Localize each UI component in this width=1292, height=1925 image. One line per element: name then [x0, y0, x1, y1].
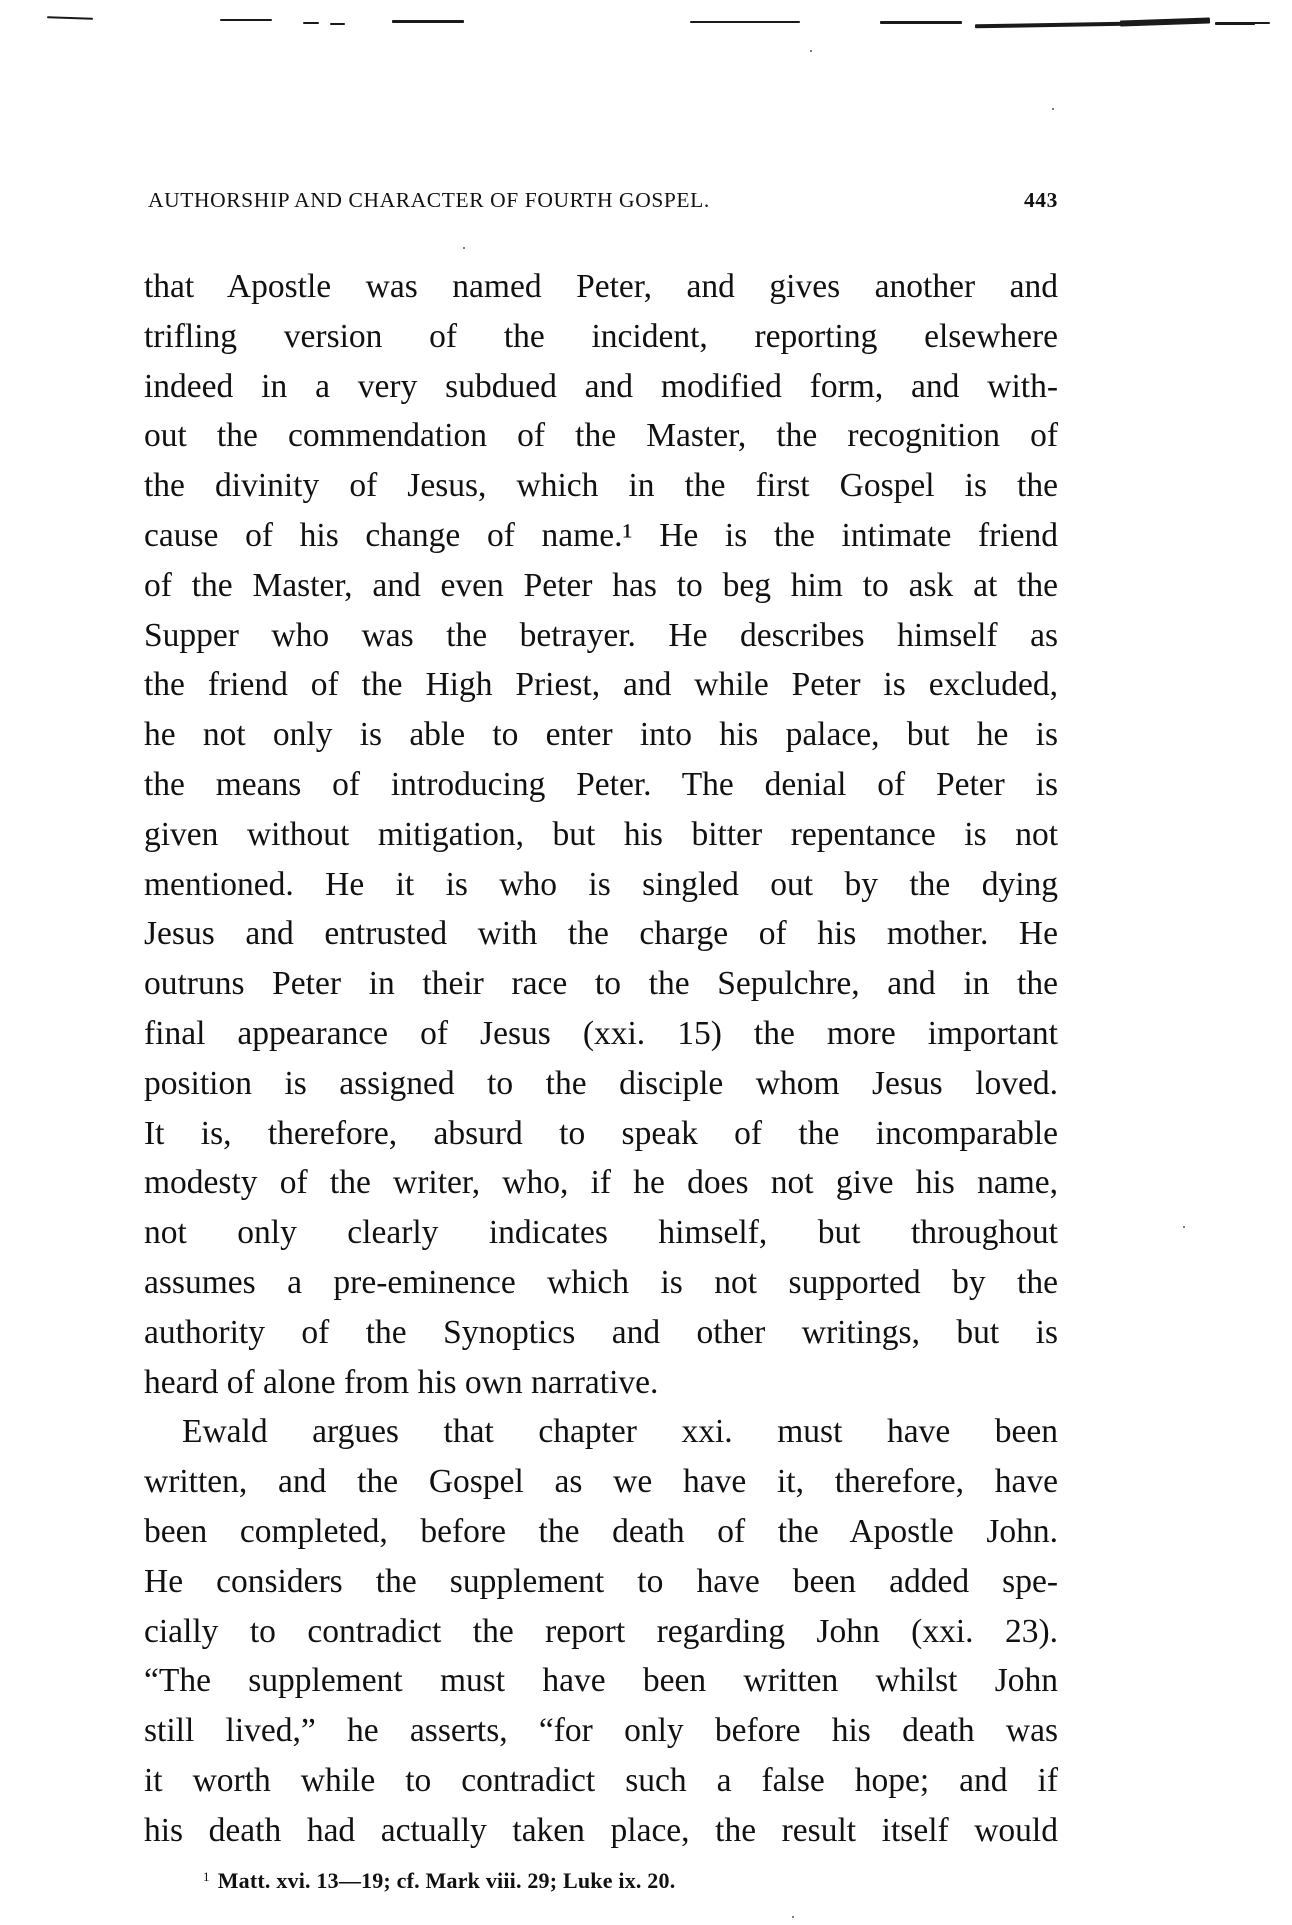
- text-line: indeed in a very subdued and modified fo…: [144, 362, 1058, 412]
- text-line: his death had actually taken place, the …: [144, 1806, 1058, 1856]
- text-line: given without mitigation, but his bitter…: [144, 810, 1058, 860]
- text-line: mentioned. He it is who is singled out b…: [144, 860, 1058, 910]
- text-line: that Apostle was named Peter, and gives …: [144, 262, 1058, 312]
- text-line: cause of his change of name.¹ He is the …: [144, 511, 1058, 561]
- text-line: trifling version of the incident, report…: [144, 312, 1058, 362]
- body-text: that Apostle was named Peter, and gives …: [144, 262, 1058, 1856]
- text-line: out the commendation of the Master, the …: [144, 411, 1058, 461]
- text-line: of the Master, and even Peter has to beg…: [144, 561, 1058, 611]
- text-line: it worth while to contradict such a fals…: [144, 1756, 1058, 1806]
- text-line: authority of the Synoptics and other wri…: [144, 1308, 1058, 1358]
- text-line: the divinity of Jesus, which in the firs…: [144, 461, 1058, 511]
- text-line: final appearance of Jesus (xxi. 15) the …: [144, 1009, 1058, 1059]
- running-head: AUTHORSHIP AND CHARACTER OF FOURTH GOSPE…: [146, 188, 1058, 218]
- text-line: the friend of the High Priest, and while…: [144, 660, 1058, 710]
- text-line: modesty of the writer, who, if he does n…: [144, 1158, 1058, 1208]
- footnote: 1Matt. xvi. 13—19; cf. Mark viii. 29; Lu…: [203, 1868, 675, 1894]
- text-line-paragraph-end: heard of alone from his own narrative.: [144, 1358, 1058, 1408]
- text-line: been completed, before the death of the …: [144, 1507, 1058, 1557]
- text-line: still lived,” he asserts, “for only befo…: [144, 1706, 1058, 1756]
- text-line: “The supplement must have been written w…: [144, 1656, 1058, 1706]
- text-line: Supper who was the betrayer. He describe…: [144, 611, 1058, 661]
- text-line: It is, therefore, absurd to speak of the…: [144, 1109, 1058, 1159]
- text-line: he not only is able to enter into his pa…: [144, 710, 1058, 760]
- text-line: Jesus and entrusted with the charge of h…: [144, 909, 1058, 959]
- text-line-paragraph-start: Ewald argues that chapter xxi. must have…: [144, 1407, 1058, 1457]
- footnote-text: Matt. xvi. 13—19; cf. Mark viii. 29; Luk…: [218, 1868, 676, 1893]
- text-line: not only clearly indicates himself, but …: [144, 1208, 1058, 1258]
- text-line: position is assigned to the disciple who…: [144, 1059, 1058, 1109]
- text-line: assumes a pre-eminence which is not supp…: [144, 1258, 1058, 1308]
- text-line: written, and the Gospel as we have it, t…: [144, 1457, 1058, 1507]
- footnote-marker: 1: [203, 1869, 210, 1884]
- text-line: cially to contradict the report regardin…: [144, 1607, 1058, 1657]
- text-line: the means of introducing Peter. The deni…: [144, 760, 1058, 810]
- running-head-title: AUTHORSHIP AND CHARACTER OF FOURTH GOSPE…: [148, 188, 710, 213]
- text-line: outruns Peter in their race to the Sepul…: [144, 959, 1058, 1009]
- text-line: He considers the supplement to have been…: [144, 1557, 1058, 1607]
- page-number: 443: [1024, 188, 1058, 213]
